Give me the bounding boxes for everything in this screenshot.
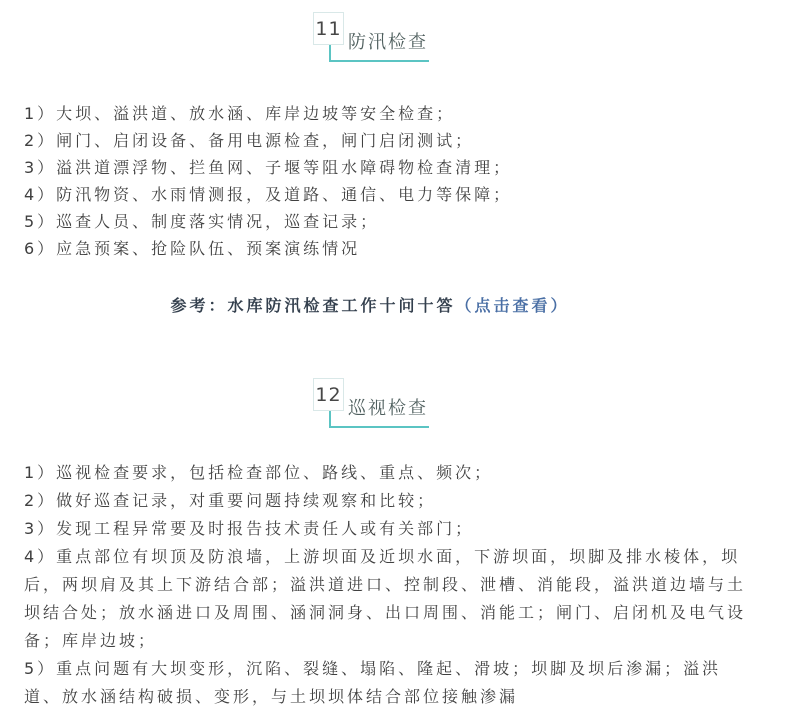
list-item: 4）防汛物资、水雨情测报，及道路、通信、电力等保障； bbox=[24, 181, 750, 208]
section-11-number: 11 bbox=[315, 18, 341, 40]
section-12-underline bbox=[329, 426, 429, 428]
list-item: 3）发现工程异常要及时报告技术责任人或有关部门； bbox=[24, 515, 750, 543]
list-item: 6）应急预案、抢险队伍、预案演练情况 bbox=[24, 235, 750, 262]
section-12-number: 12 bbox=[315, 384, 341, 406]
list-item: 4）重点部位有坝顶及防浪墙，上游坝面及近坝水面，下游坝面，坝脚及排水棱体，坝后，… bbox=[24, 543, 750, 655]
section-11-number-box: 11 bbox=[313, 12, 344, 45]
section-12-title: 巡视检查 bbox=[348, 394, 428, 420]
section-12-number-box: 12 bbox=[313, 378, 344, 411]
reference-line: 参考：水库防汛检查工作十问十答（点击查看） bbox=[0, 292, 740, 319]
list-item: 5）巡查人员、制度落实情况，巡查记录； bbox=[24, 208, 750, 235]
section-11-item-list: 1）大坝、溢洪道、放水涵、库岸边坡等安全检查； 2）闸门、启闭设备、备用电源检查… bbox=[24, 100, 750, 262]
list-item: 2）做好巡查记录，对重要问题持续观察和比较； bbox=[24, 487, 750, 515]
section-12-item-list: 1）巡视检查要求，包括检查部位、路线、重点、频次； 2）做好巡查记录，对重要问题… bbox=[24, 459, 750, 711]
reference-link[interactable]: （点击查看） bbox=[456, 296, 570, 315]
list-item: 1）巡视检查要求，包括检查部位、路线、重点、频次； bbox=[24, 459, 750, 487]
list-item: 5）重点问题有大坝变形，沉陷、裂缝、塌陷、隆起、滑坡；坝脚及坝后渗漏；溢洪道、放… bbox=[24, 655, 750, 711]
section-11-header: 11 防汛检查 bbox=[0, 12, 788, 72]
section-12-header: 12 巡视检查 bbox=[0, 378, 788, 438]
list-item: 3）溢洪道漂浮物、拦鱼网、子堰等阻水障碍物检查清理； bbox=[24, 154, 750, 181]
section-11-title: 防汛检查 bbox=[348, 28, 428, 54]
list-item: 2）闸门、启闭设备、备用电源检查，闸门启闭测试； bbox=[24, 127, 750, 154]
section-11-underline bbox=[329, 60, 429, 62]
reference-text: 参考：水库防汛检查工作十问十答 bbox=[170, 296, 455, 315]
list-item: 1）大坝、溢洪道、放水涵、库岸边坡等安全检查； bbox=[24, 100, 750, 127]
